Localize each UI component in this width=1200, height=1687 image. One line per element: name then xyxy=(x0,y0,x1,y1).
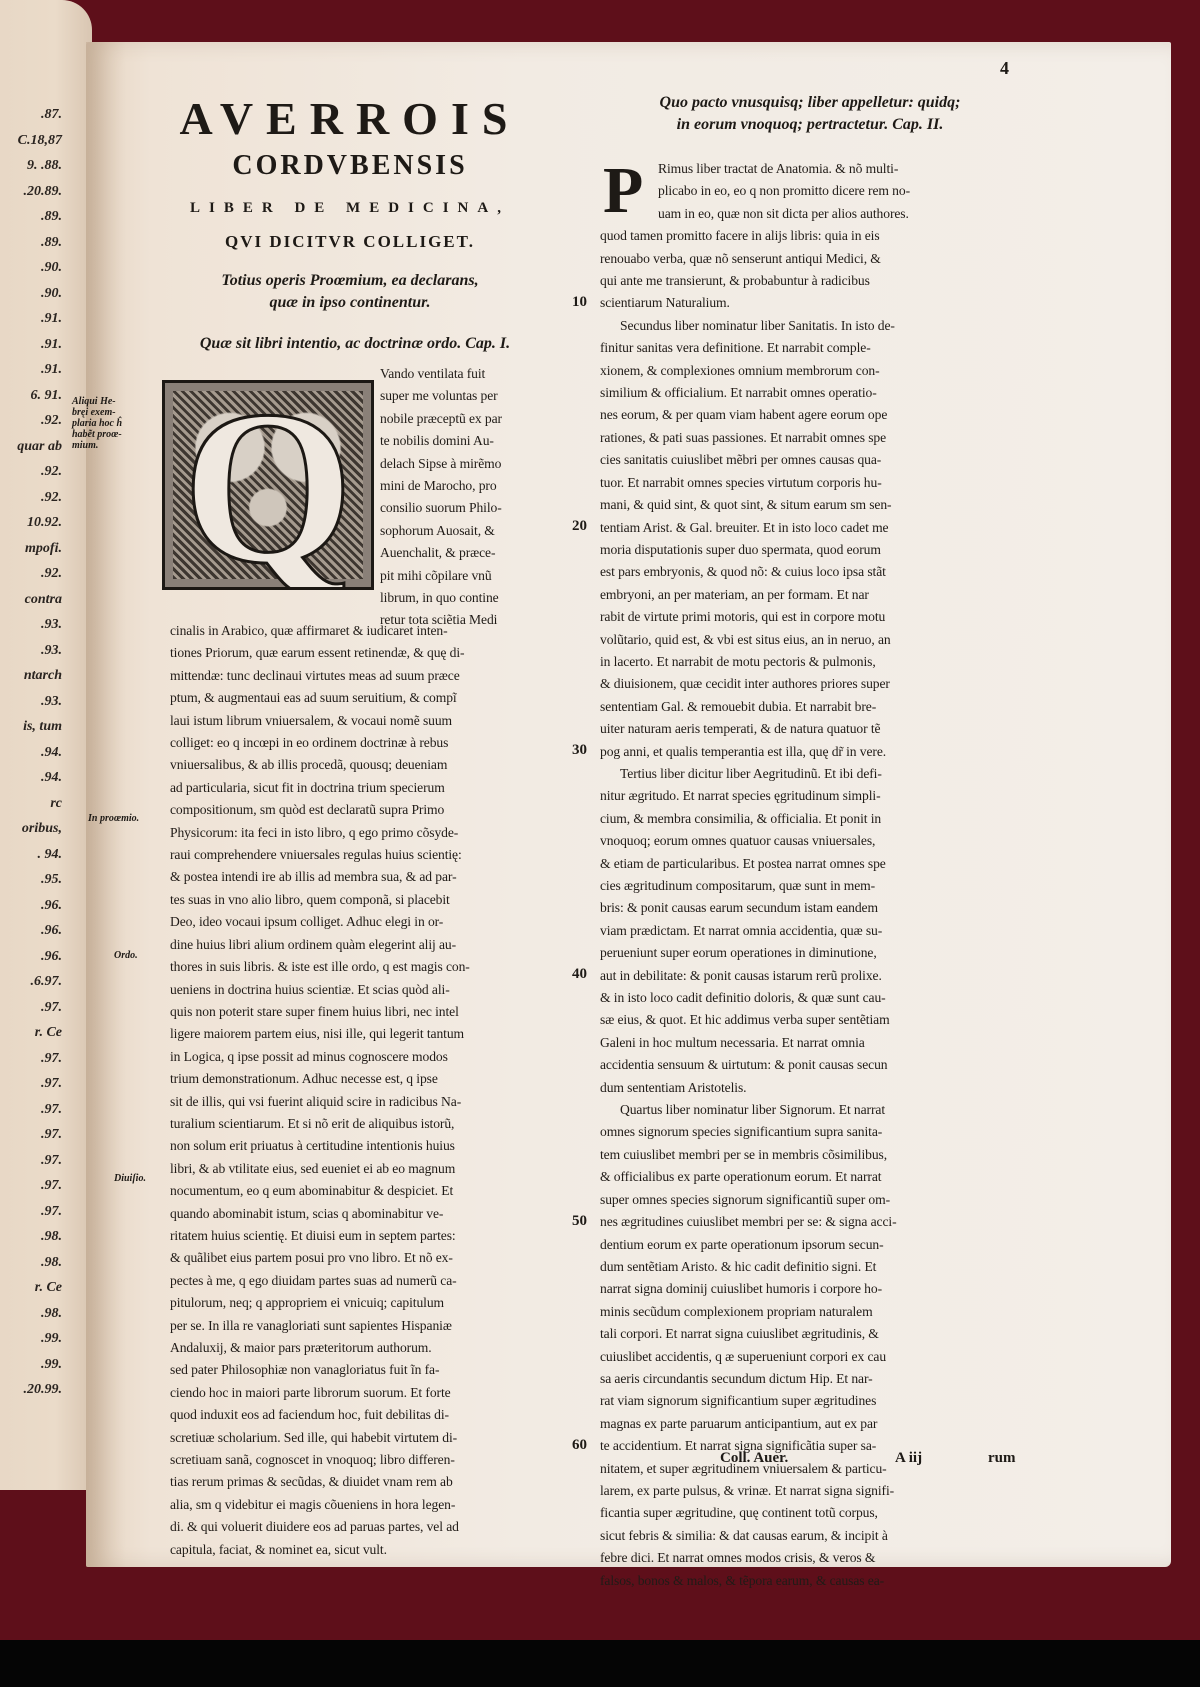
index-entry: .95. xyxy=(41,873,62,887)
text-line: Deo, ideo vocaui ipsum colliget. Adhuc e… xyxy=(170,911,582,933)
text-line: Galeni in hoc multum necessaria. Et narr… xyxy=(600,1032,1032,1054)
text-line: capitula, faciat, & nominet ea, sicut vu… xyxy=(170,1539,582,1561)
text-line: nes eorum, & per quam viam habent agere … xyxy=(600,404,1032,426)
text-line: finitur sanitas vera definitione. Et nar… xyxy=(600,337,1032,359)
index-entry: . 94. xyxy=(38,848,63,862)
text-line: tias rerum primas & secũdas, & diuidet v… xyxy=(170,1471,582,1493)
text-line: quando abominabit istum, scias q abomina… xyxy=(170,1203,582,1225)
text-line: rabit de virtute primi motoris, qui est … xyxy=(600,606,1032,628)
margin-note-line: In proœmio. xyxy=(88,813,139,824)
text-line: ritatem huius scientię. Et diuisi eum in… xyxy=(170,1225,582,1247)
left-page-edge: .87.C.18,879. .88..20.89..89..89..90..90… xyxy=(0,0,92,1490)
text-line: magnas ex parte paruarum anticipantium, … xyxy=(600,1413,1032,1435)
text-line: tes suas in vno alio libro, quem componã… xyxy=(170,889,582,911)
index-entry: 9. .88. xyxy=(27,159,62,173)
index-entry: .94. xyxy=(41,746,62,760)
text-line: delach Sipse à mirẽmo xyxy=(380,453,580,475)
chapter-1-heading: Quæ sit libri intentio, ac doctrinæ ordo… xyxy=(160,333,550,355)
text-line: quod induxit eos ad faciendum hoc, fuit … xyxy=(170,1404,582,1426)
text-line: turalium scientiarum. Et si nõ erit de a… xyxy=(170,1113,582,1135)
text-line: sed pater Philosophiæ non vanagloriatus … xyxy=(170,1359,582,1381)
text-line: similium & officialium. Et narrabit omne… xyxy=(600,382,1032,404)
text-line: nitatem, et super ægritudinem vniuersale… xyxy=(600,1458,1032,1480)
text-line: rat viam signorum significantium super æ… xyxy=(600,1390,1032,1412)
text-line: moria disputationis super duo spermata, … xyxy=(600,539,1032,561)
line-number: 10 xyxy=(572,294,587,311)
line-number: 40 xyxy=(572,966,587,983)
text-line: Quartus liber nominatur liber Signorum. … xyxy=(600,1099,1032,1121)
index-entry: .89. xyxy=(41,210,62,224)
index-entry: quar ab xyxy=(17,440,62,454)
index-entry: .99. xyxy=(41,1332,62,1346)
index-entry: ntarch xyxy=(24,669,62,683)
index-entry: r. Ce xyxy=(35,1026,62,1040)
index-entry: .92. xyxy=(41,414,62,428)
index-entry: .91. xyxy=(41,338,62,352)
text-line: embryoni, an per materiam, an per formam… xyxy=(600,584,1032,606)
text-line: consilio suorum Philo- xyxy=(380,497,580,519)
text-line: Physicorum: ita feci in isto libro, q eg… xyxy=(170,822,582,844)
text-line: sit de illis, qui vsi fuerint aliquid sc… xyxy=(170,1091,582,1113)
text-line: nocumentum, eo q eum abominabitur & desp… xyxy=(170,1180,582,1202)
text-line: febre dici. Et narrat omnes modos crisis… xyxy=(600,1547,1032,1569)
page-number: 4 xyxy=(1000,58,1009,79)
text-line: xionem, & complexiones omnium membrorum … xyxy=(600,360,1032,382)
text-line: cies ægritudinum compositarum, quæ sunt … xyxy=(600,875,1032,897)
text-line: scientiarum Naturalium. xyxy=(600,292,1032,314)
index-entry: .93. xyxy=(41,618,62,632)
index-entry: .98. xyxy=(41,1256,62,1270)
text-line: quod tamen promitto facere in alijs libr… xyxy=(600,225,1032,247)
title-name: QVI DICITVR COLLIGET. xyxy=(170,232,530,252)
index-entry: .87. xyxy=(41,108,62,122)
text-line: laui istum librum vniuersalem, & vocaui … xyxy=(170,710,582,732)
index-entry: .20.99. xyxy=(24,1383,63,1397)
text-line: per se. In illa re vanagloriati sunt sap… xyxy=(170,1315,582,1337)
decorated-initial-q: Q xyxy=(162,380,374,590)
proem-heading: Totius operis Proœmium, ea declarans, qu… xyxy=(170,270,530,314)
index-entry: .89. xyxy=(41,236,62,250)
text-line: larem, ex parte pulsus, & vrinæ. Et narr… xyxy=(600,1480,1032,1502)
text-line: perueniunt super eorum operationes in di… xyxy=(600,942,1032,964)
title-origin: CORDVBENSIS xyxy=(170,150,530,182)
index-entry: .96. xyxy=(41,950,62,964)
page-gutter xyxy=(86,42,126,1567)
index-entry: .97. xyxy=(41,1154,62,1168)
text-line: super me voluntas per xyxy=(380,385,580,407)
margin-note-hebrew: Aliqui He-bręi exem-plaria hoc ĥhabẽt pr… xyxy=(72,396,152,451)
text-line: aut in debilitate: & ponit causas istaru… xyxy=(600,965,1032,987)
text-line: ciendo hoc in maiori parte librorum suor… xyxy=(170,1382,582,1404)
text-line: ligere maiorem partem eius, nisi ille, q… xyxy=(170,1023,582,1045)
margin-note-proemio: In proœmio. xyxy=(88,813,139,824)
text-line: in lacerto. Et narrabit de motu pectoris… xyxy=(600,651,1032,673)
text-line: & postea intendi ire ab illis ad membra … xyxy=(170,866,582,888)
text-line: ad particularia, sicut fit in doctrina t… xyxy=(170,777,582,799)
text-line: accidentia sensuum & uirtutum: & ponit c… xyxy=(600,1054,1032,1076)
index-entry: .91. xyxy=(41,312,62,326)
text-line: scretiuæ scholarium. Sed ille, qui habeb… xyxy=(170,1427,582,1449)
index-entry: .91. xyxy=(41,363,62,377)
text-line: Secundus liber nominatur liber Sanitatis… xyxy=(600,315,1032,337)
text-line: sicut febris & similia: & dat causas ear… xyxy=(600,1525,1032,1547)
line-number: 50 xyxy=(572,1213,587,1230)
text-line: compositionum, sm quòd est declaratũ sup… xyxy=(170,799,582,821)
text-line: dum sentẽtiam Aristo. & hic cadit defini… xyxy=(600,1256,1032,1278)
text-line: uam in eo, quæ non sit dicta per alios a… xyxy=(600,203,1032,225)
text-line: viam prædictam. Et narrat omnia accident… xyxy=(600,920,1032,942)
text-line: tem cuiuslibet membri per se in membris … xyxy=(600,1144,1032,1166)
text-line: in Logica, q ipse possit ad minus cognos… xyxy=(170,1046,582,1068)
text-line: tuor. Et narrabit omnes species virtutum… xyxy=(600,472,1032,494)
footer-signature: Coll. Auer. xyxy=(720,1450,788,1467)
text-line: falsos, bonos & malos, & tẽpora earum, &… xyxy=(600,1570,1032,1592)
index-entry: C.18,87 xyxy=(18,134,62,148)
margin-note-line: bręi exem- xyxy=(72,407,152,418)
text-line: & quãlibet eius partem posui pro vno lib… xyxy=(170,1247,582,1269)
text-line: di. & qui voluerit diuidere eos ad parua… xyxy=(170,1516,582,1538)
index-entry: .98. xyxy=(41,1230,62,1244)
text-line: cium, & membra consimilia, & officialia.… xyxy=(600,808,1032,830)
margin-note-line: Ordo. xyxy=(114,950,138,961)
index-entry: .96. xyxy=(41,899,62,913)
text-line: & diuisionem, quæ cecidit inter authores… xyxy=(600,673,1032,695)
background-shadow xyxy=(0,1640,1200,1687)
index-entry: .94. xyxy=(41,771,62,785)
text-line: uiter naturam aeris temperati, & de natu… xyxy=(600,718,1032,740)
margin-note-line: Diuiſio. xyxy=(114,1173,146,1184)
text-line: nitur ægritudo. Et narrat species ęgritu… xyxy=(600,785,1032,807)
index-entry: oribus, xyxy=(22,822,62,836)
text-line: vnoquoq; eorum omnes quatuor causas vniu… xyxy=(600,830,1032,852)
index-entry: .93. xyxy=(41,695,62,709)
text-line: Vando ventilata fuit xyxy=(380,363,580,385)
margin-note-diuisio: Diuiſio. xyxy=(114,1173,146,1184)
text-line: & etiam de particularibus. Et postea nar… xyxy=(600,853,1032,875)
text-line: cies sanitatis cuiuslibet mẽbri per omne… xyxy=(600,449,1032,471)
text-line: sæ eius, & quot. Et hic addimus verba su… xyxy=(600,1009,1032,1031)
title-author: AVERROIS xyxy=(160,92,540,145)
index-entry: r. Ce xyxy=(35,1281,62,1295)
text-line: cinalis in Arabico, quæ affirmaret & iud… xyxy=(170,620,582,642)
text-line: dum sententiam Aristotelis. xyxy=(600,1077,1032,1099)
text-line: tiones Priorum, quæ earum essent retinen… xyxy=(170,642,582,664)
text-line: non solum erit priuatus à certitudine in… xyxy=(170,1135,582,1157)
text-line: nes ægritudines cuiuslibet membri per se… xyxy=(600,1211,1032,1233)
text-line: quis non poterit stare super finem huius… xyxy=(170,1001,582,1023)
text-line: ficantia super ægritudine, quę continent… xyxy=(600,1502,1032,1524)
index-entry: .92. xyxy=(41,491,62,505)
text-line: sa aeris circundantis secundum dictum Hi… xyxy=(600,1368,1032,1390)
text-line: vniuersalibus, & ab illis procedã, quous… xyxy=(170,754,582,776)
text-line: Rimus liber tractat de Anatomia. & nõ mu… xyxy=(600,158,1032,180)
right-column-body: Rimus liber tractat de Anatomia. & nõ mu… xyxy=(600,158,1032,1592)
margin-note-ordo: Ordo. xyxy=(114,950,138,961)
index-entry: 10.92. xyxy=(27,516,62,530)
footer-catchword: rum xyxy=(988,1450,1016,1467)
text-line: Andaluxij, & maior pars præteritorum aut… xyxy=(170,1337,582,1359)
text-line: dentium eorum ex parte operationum ipsor… xyxy=(600,1234,1032,1256)
margin-note-line: plaria hoc ĥ xyxy=(72,418,152,429)
index-entry: .96. xyxy=(41,924,62,938)
text-line: tali corpori. Et narrat signa cuiuslibet… xyxy=(600,1323,1032,1345)
text-line: & officialibus ex parte operationum eoru… xyxy=(600,1166,1032,1188)
initial-paragraph: Vando ventilata fuitsuper me voluntas pe… xyxy=(380,363,580,632)
index-entry: .6.97. xyxy=(31,975,63,989)
index-entry: rc xyxy=(50,797,62,811)
text-line: bris: & ponit causas earum secundum ista… xyxy=(600,897,1032,919)
index-entry: .90. xyxy=(41,287,62,301)
text-line: rationes, & pati suas passiones. Et narr… xyxy=(600,427,1032,449)
text-line: librum, in quo contine xyxy=(380,587,580,609)
footer-gathering: A iij xyxy=(895,1450,922,1467)
text-line: omnes signorum species significantium su… xyxy=(600,1121,1032,1143)
text-line: tentiam Arist. & Gal. breuiter. Et in is… xyxy=(600,517,1032,539)
chapter-2-heading: Quo pacto vnusquisq; liber appelletur: q… xyxy=(600,92,1020,136)
text-line: pog anni, et qualis temperantia est illa… xyxy=(600,741,1032,763)
text-line: sophorum Auosait, & xyxy=(380,520,580,542)
index-entry: .93. xyxy=(41,644,62,658)
text-line: raui comprehendere vniuersales regulas h… xyxy=(170,844,582,866)
index-entry: .97. xyxy=(41,1001,62,1015)
text-line: sententiam Gal. & remouebit dubia. Et na… xyxy=(600,696,1032,718)
text-line: volũtario, quid est, & vbi est situs eiu… xyxy=(600,629,1032,651)
index-entry: .97. xyxy=(41,1077,62,1091)
text-line: colliget: eo q incœpi in eo ordinem doct… xyxy=(170,732,582,754)
text-line: scretiuam sanã, cognoscet in vnoquoq; li… xyxy=(170,1449,582,1471)
text-line: dine huius libri alium ordinem quàm eleg… xyxy=(170,934,582,956)
index-entry: mpofi. xyxy=(25,542,62,556)
text-line: minis secũdum complexionem propriam natu… xyxy=(600,1301,1032,1323)
index-entry: .97. xyxy=(41,1205,62,1219)
margin-note-line: mium. xyxy=(72,440,152,451)
text-line: pitulorum, neq; q appropriem ei vnicuiq;… xyxy=(170,1292,582,1314)
text-line: super omnes species signorum significant… xyxy=(600,1189,1032,1211)
text-line: Tertius liber dicitur liber Aegritudinũ.… xyxy=(600,763,1032,785)
left-column-body: cinalis in Arabico, quæ affirmaret & iud… xyxy=(170,620,582,1561)
index-entry: .20.89. xyxy=(24,185,63,199)
title-book: LIBER DE MEDICINA, xyxy=(170,200,530,217)
line-number: 60 xyxy=(572,1437,587,1454)
index-entry: contra xyxy=(25,593,62,607)
index-entry: 6. 91. xyxy=(31,389,63,403)
text-line: plicabo in eo, eo q non promitto dicere … xyxy=(600,180,1032,202)
margin-note-line: Aliqui He- xyxy=(72,396,152,407)
text-line: qui ante me transierunt, & probabuntur à… xyxy=(600,270,1032,292)
index-entry: .97. xyxy=(41,1128,62,1142)
text-line: thores in suis libris. & iste est ille o… xyxy=(170,956,582,978)
text-line: & in isto loco cadit definitio doloris, … xyxy=(600,987,1032,1009)
line-number: 20 xyxy=(572,518,587,535)
index-entry: .92. xyxy=(41,567,62,581)
index-entry: .92. xyxy=(41,465,62,479)
text-line: Auenchalit, & præce- xyxy=(380,542,580,564)
text-line: pectes à me, q ego diuidam partes suas a… xyxy=(170,1270,582,1292)
margin-note-line: habẽt proœ- xyxy=(72,429,152,440)
index-entry: .90. xyxy=(41,261,62,275)
index-entry: .98. xyxy=(41,1307,62,1321)
index-entry: .99. xyxy=(41,1358,62,1372)
text-line: libri, & ab vtilitate eius, sed eueniet … xyxy=(170,1158,582,1180)
index-entry: .97. xyxy=(41,1103,62,1117)
index-entry: .97. xyxy=(41,1179,62,1193)
text-line: ptum, & augmentaui eas ad suum seruitium… xyxy=(170,687,582,709)
text-line: mani, & quid sint, & quot sint, & situm … xyxy=(600,494,1032,516)
text-line: est pars embryonis, & quod nõ: & cuius l… xyxy=(600,561,1032,583)
text-line: trium demonstrationum. Adhuc necesse est… xyxy=(170,1068,582,1090)
text-line: alia, sm q videbitur ei magis cõueniens … xyxy=(170,1494,582,1516)
text-line: te nobilis domini Au- xyxy=(380,430,580,452)
text-line: pit mihi cõpilare vnũ xyxy=(380,565,580,587)
index-entry: is, tum xyxy=(23,720,62,734)
index-entry: .97. xyxy=(41,1052,62,1066)
text-line: mittendæ: tunc declinaui virtutes meas a… xyxy=(170,665,582,687)
text-line: mini de Marocho, pro xyxy=(380,475,580,497)
line-number: 30 xyxy=(572,742,587,759)
text-line: renouabo verba, quæ nõ senserunt antiqui… xyxy=(600,248,1032,270)
text-line: narrat signa dominij cuiuslibet humoris … xyxy=(600,1278,1032,1300)
text-line: nobile præceptũ ex par xyxy=(380,408,580,430)
text-line: ueniens in doctrina huius scientiæ. Et s… xyxy=(170,979,582,1001)
text-line: te accidentium. Et narrat signa signific… xyxy=(600,1435,1032,1457)
text-line: cuiuslibet accidentis, q æ superueniunt … xyxy=(600,1346,1032,1368)
